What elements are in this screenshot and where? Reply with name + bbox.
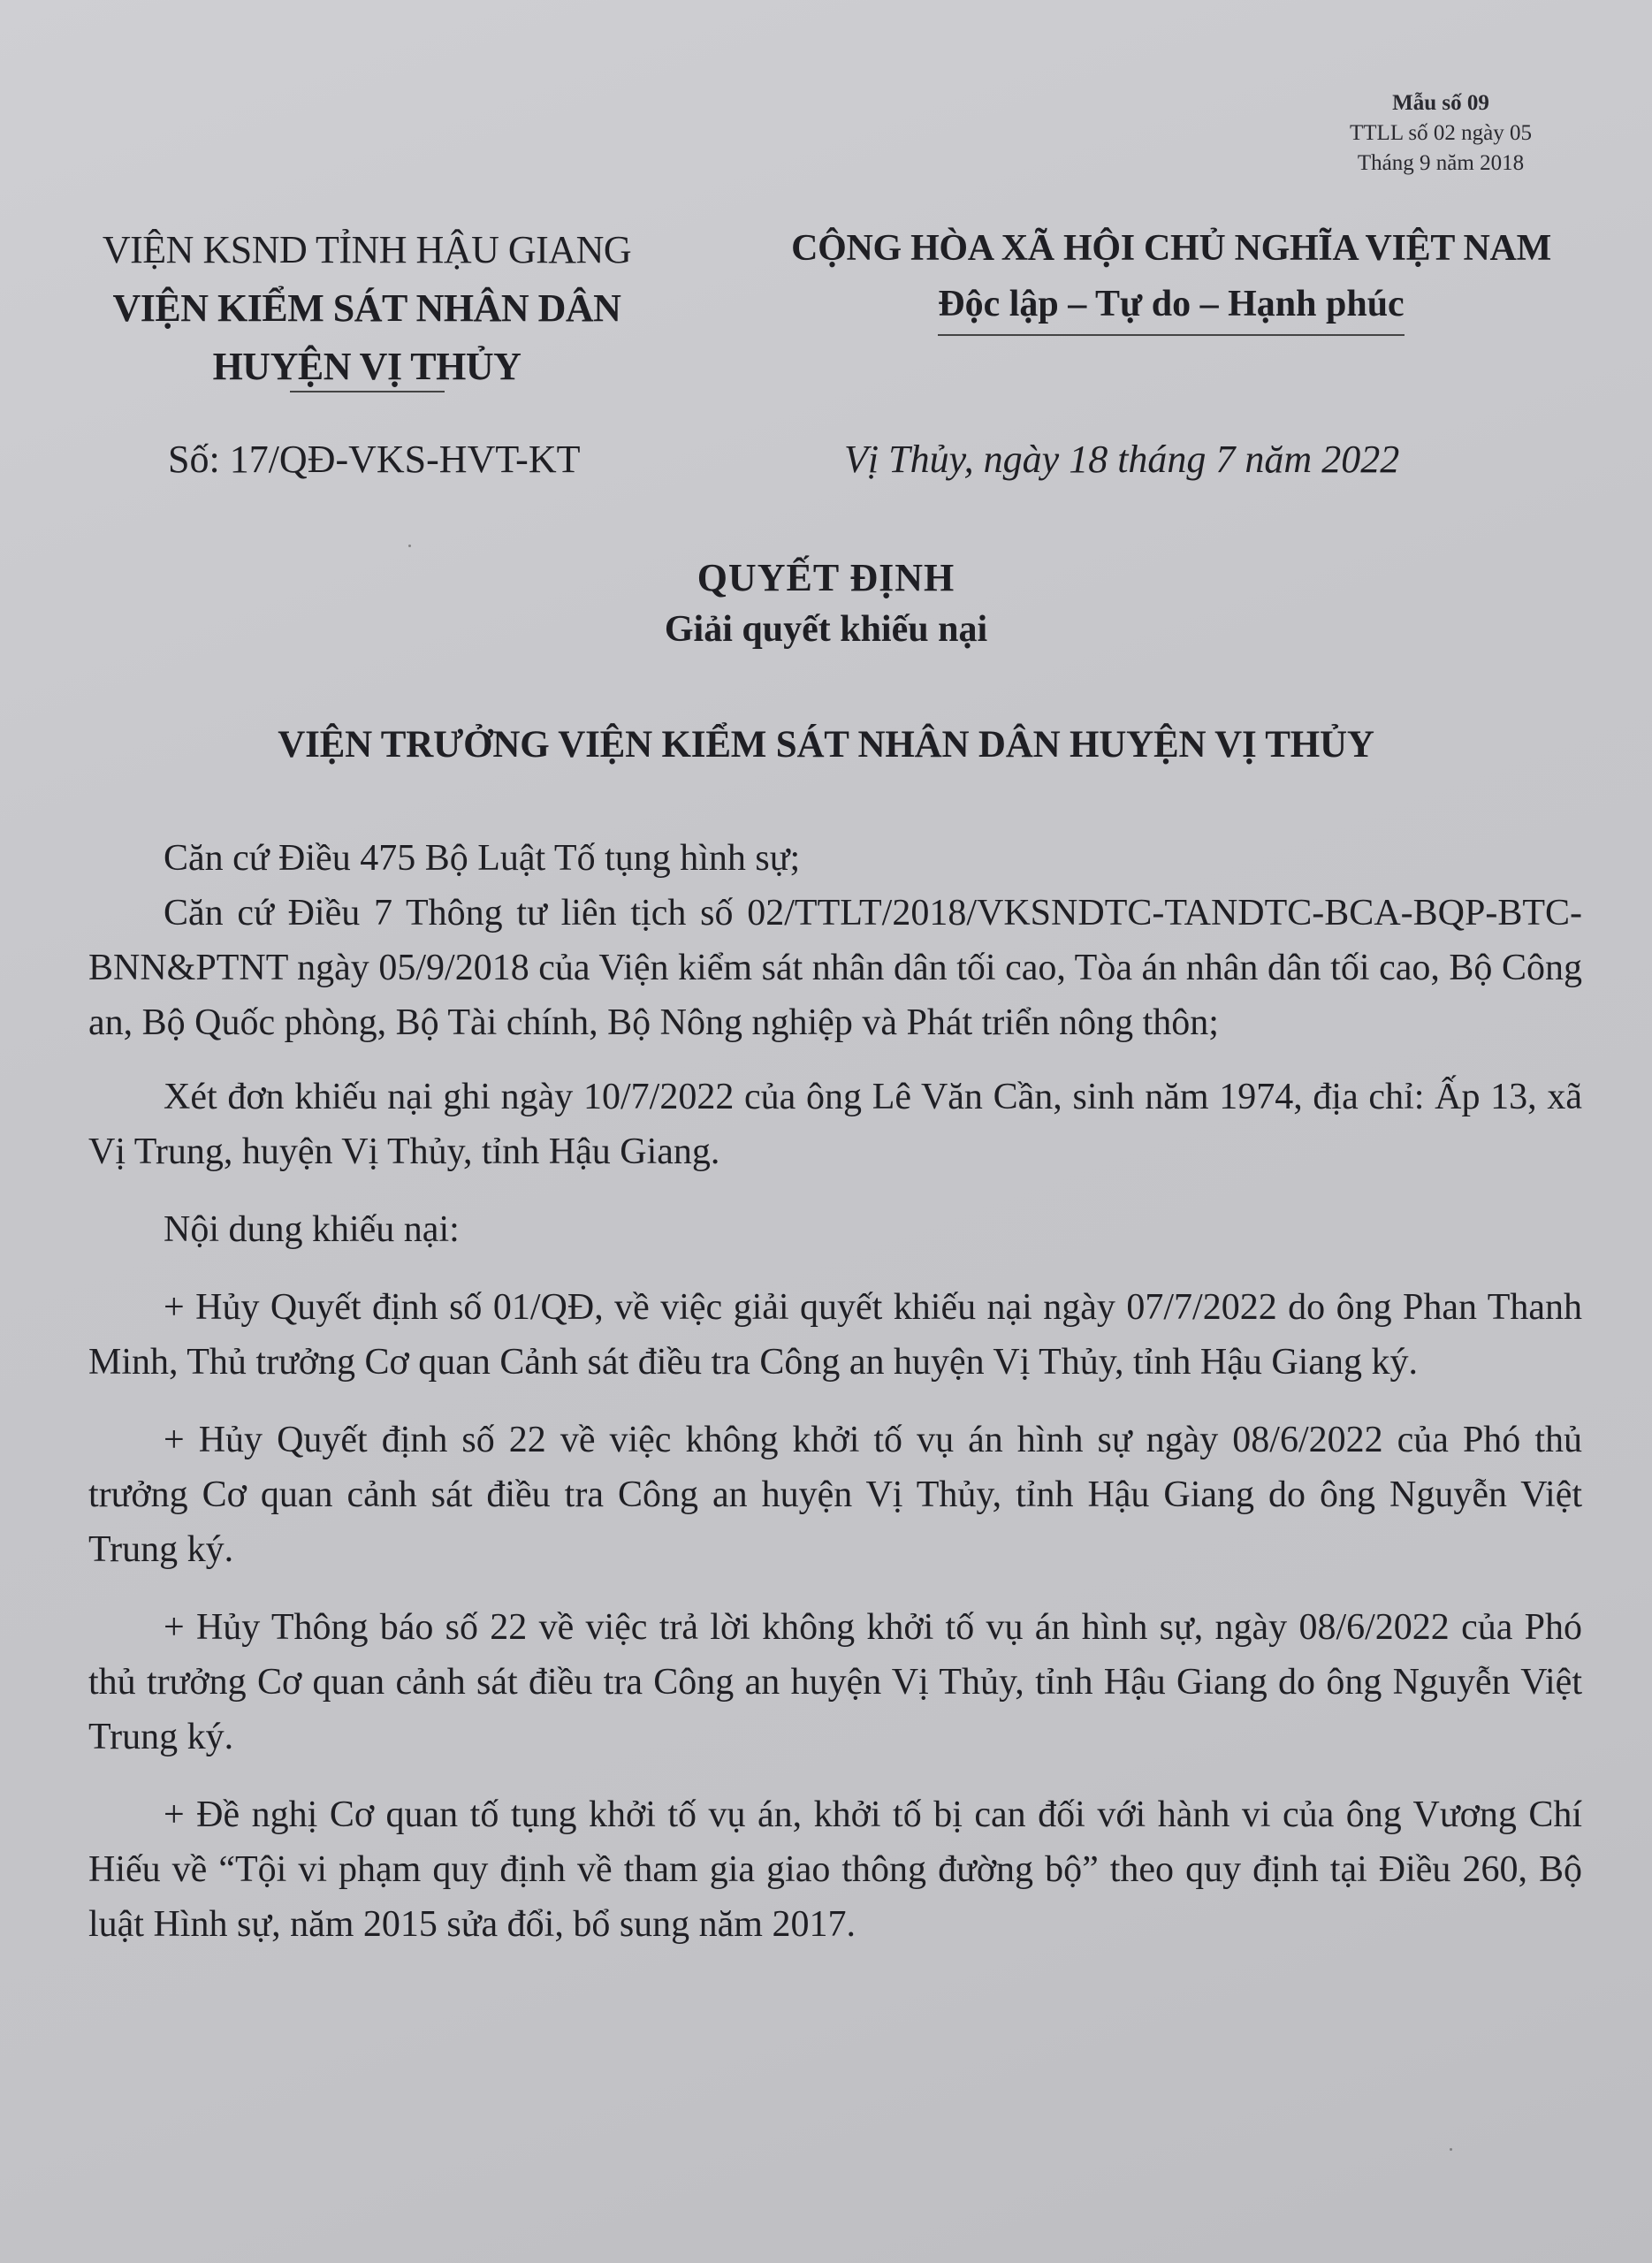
paper-speck bbox=[1450, 2148, 1452, 2151]
complaint-consideration-paragraph: Xét đơn khiếu nại ghi ngày 10/7/2022 của… bbox=[88, 1070, 1582, 1179]
document-title-block: QUYẾT ĐỊNH Giải quyết khiếu nại bbox=[0, 552, 1652, 655]
document-title: QUYẾT ĐỊNH bbox=[0, 552, 1652, 604]
national-motto: Độc lập – Tự do – Hạnh phúc bbox=[938, 276, 1404, 336]
paper-speck bbox=[408, 545, 411, 547]
form-reference: Mẫu số 09 TTLL số 02 ngày 05 Tháng 9 năm… bbox=[1308, 88, 1573, 179]
issuing-authority: VIỆN TRƯỞNG VIỆN KIỂM SÁT NHÂN DÂN HUYỆN… bbox=[0, 714, 1652, 776]
agency-district: HUYỆN VỊ THỦY bbox=[75, 338, 659, 396]
complaint-content-heading: Nội dung khiếu nại: bbox=[88, 1202, 1582, 1257]
place-and-date: Vị Thủy, ngày 18 tháng 7 năm 2022 bbox=[844, 433, 1399, 486]
complaint-item: + Hủy Quyết định số 22 về việc không khở… bbox=[88, 1413, 1582, 1577]
document-subtitle: Giải quyết khiếu nại bbox=[0, 604, 1652, 655]
complaint-item: + Đề nghị Cơ quan tố tụng khởi tố vụ án,… bbox=[88, 1787, 1582, 1952]
form-circular-ref: TTLL số 02 ngày 05 bbox=[1308, 118, 1573, 149]
country-name: CỘNG HÒA XÃ HỘI CHỦ NGHĨA VIỆT NAM bbox=[751, 221, 1591, 276]
complaint-item: + Hủy Thông báo số 22 về việc trả lời kh… bbox=[88, 1600, 1582, 1764]
document-number: Số: 17/QĐ-VKS-HVT-KT bbox=[168, 433, 581, 486]
document-page: Mẫu số 09 TTLL số 02 ngày 05 Tháng 9 năm… bbox=[0, 0, 1652, 2263]
form-circular-date: Tháng 9 năm 2018 bbox=[1308, 149, 1573, 179]
form-number: Mẫu số 09 bbox=[1308, 88, 1573, 118]
complaint-item: + Hủy Quyết định số 01/QĐ, về việc giải … bbox=[88, 1280, 1582, 1390]
document-body: Căn cứ Điều 475 Bộ Luật Tố tụng hình sự;… bbox=[88, 831, 1582, 1952]
agency-name: VIỆN KIỂM SÁT NHÂN DÂN bbox=[75, 279, 659, 338]
issuing-agency-header: VIỆN KSND TỈNH HẬU GIANG VIỆN KIỂM SÁT N… bbox=[75, 221, 659, 392]
parent-agency: VIỆN KSND TỈNH HẬU GIANG bbox=[75, 221, 659, 279]
legal-basis-paragraph: Căn cứ Điều 475 Bộ Luật Tố tụng hình sự; bbox=[88, 831, 1582, 886]
legal-basis-paragraph: Căn cứ Điều 7 Thông tư liên tịch số 02/T… bbox=[88, 886, 1582, 1050]
national-header: CỘNG HÒA XÃ HỘI CHỦ NGHĨA VIỆT NAM Độc l… bbox=[751, 221, 1591, 336]
